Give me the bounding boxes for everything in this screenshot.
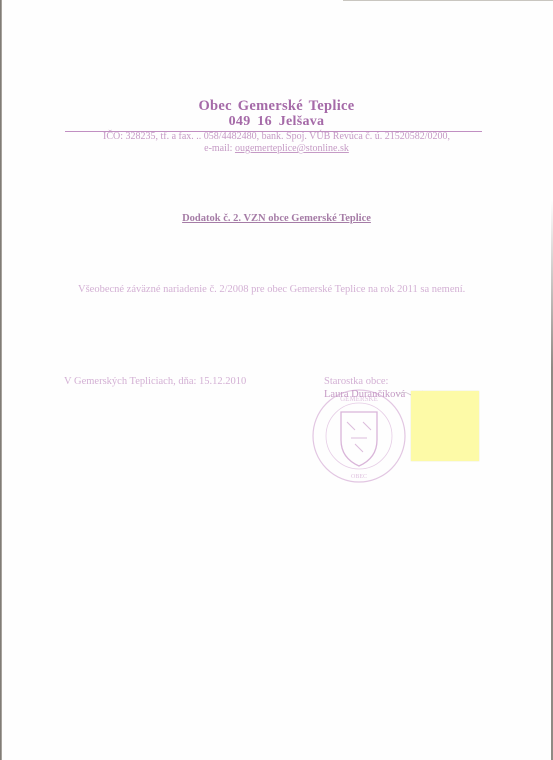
contact-email-line: e-mail: ougemerteplice@stonline.sk [0,143,553,155]
email-link[interactable]: ougemerteplice@stonline.sk [235,143,349,154]
place-and-date: V Gemerských Tepliciach, dňa: 15.12.2010 [64,376,246,387]
contact-details: IČO: 328235, tf. a fax. .. 058/4482480, … [0,131,553,143]
scan-edge-top [343,0,553,1]
document-body: Všeobecné záväzné nariadenie č. 2/2008 p… [78,284,465,295]
redaction-sticky-note [411,391,479,461]
signer-role: Starostka obce: [324,376,388,387]
letterhead-contact: IČO: 328235, tf. a fax. .. 058/4482480, … [0,131,553,155]
signer-name: Laura Durančíková [324,389,405,400]
svg-text:OBEC: OBEC [351,474,367,480]
document-title: Dodatok č. 2. VZN obce Gemerské Teplice [0,213,553,224]
municipal-seal-icon: GEMERSKÉ OBEC [311,388,407,484]
letterhead-title: Obec Gemerské Teplice [0,98,553,115]
letterhead-address: 049 16 Jelšava [0,114,553,130]
email-label: e-mail: [204,143,235,154]
scanned-document-page: Obec Gemerské Teplice 049 16 Jelšava IČO… [0,0,553,760]
